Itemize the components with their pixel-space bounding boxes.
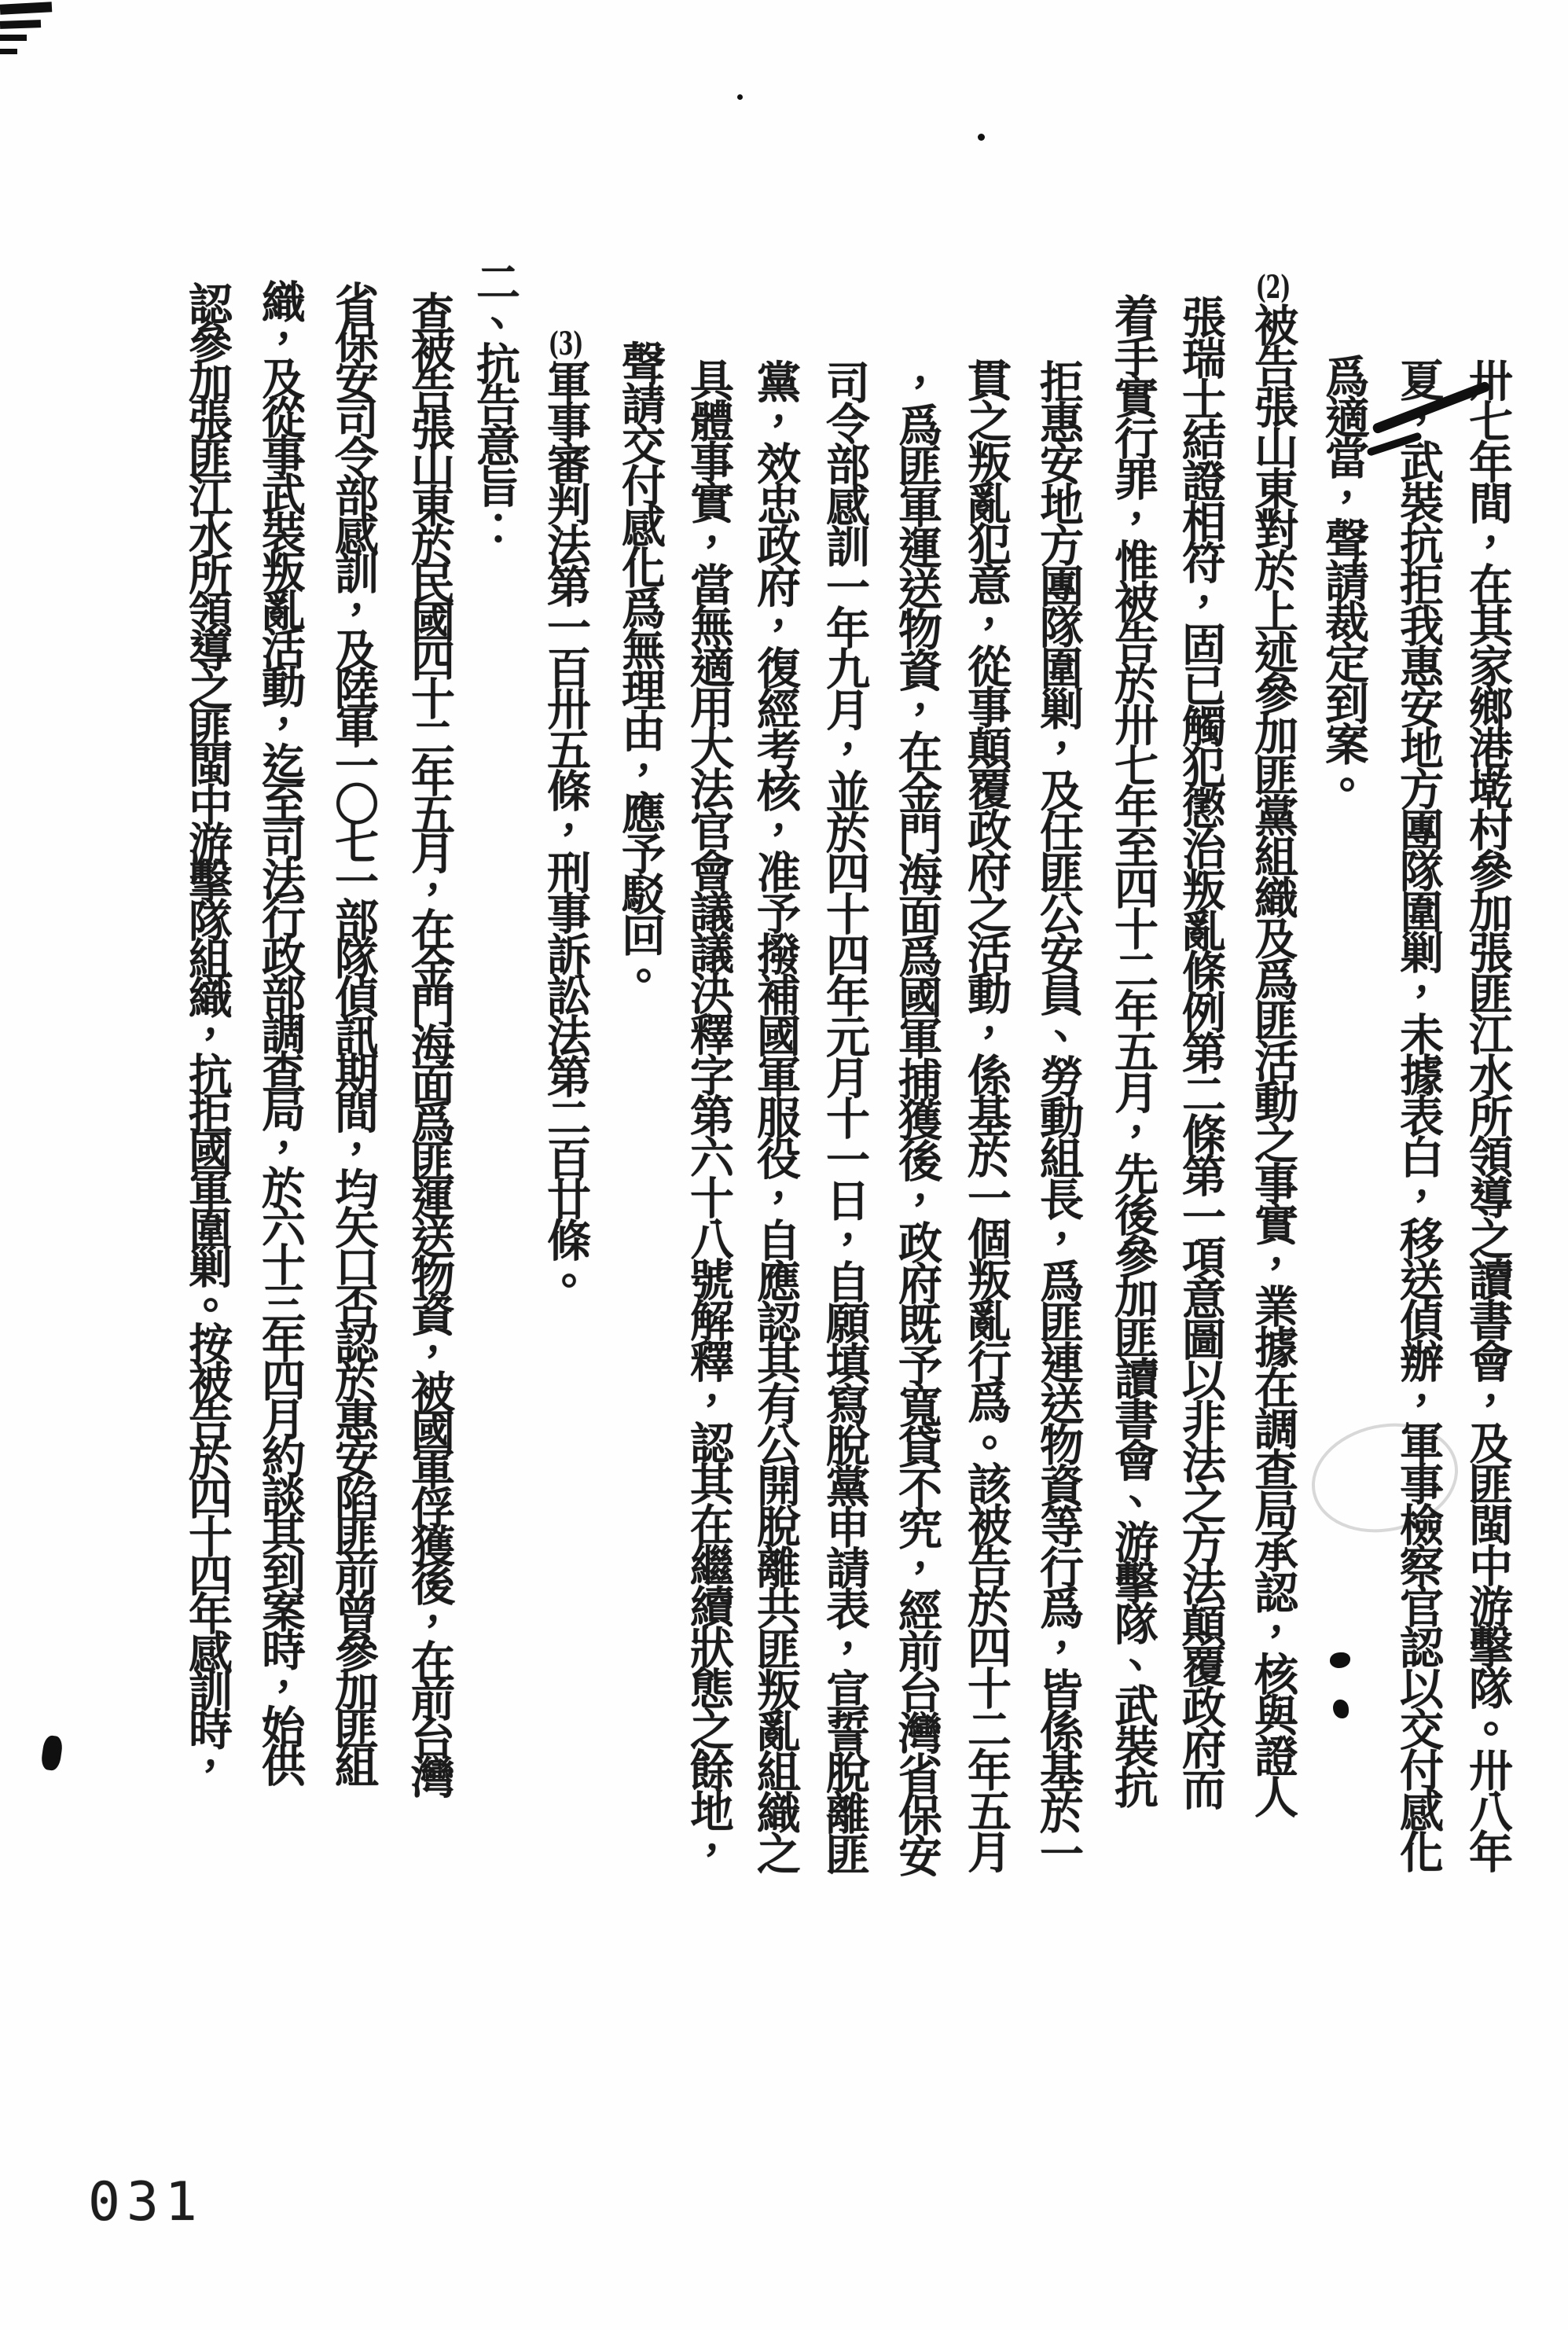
text-column: 具體事實，當無適用大法官會議議決釋字第六十八號解釋，認其在繼續狀態之餘地， <box>687 358 731 1870</box>
text-column: 聲請交付感化爲無理由，應予駁回。 <box>619 340 663 994</box>
page-number: 031 <box>88 2171 204 2233</box>
scan-artifact-corner-mark <box>0 20 41 29</box>
scan-artifact-corner-mark <box>0 35 27 41</box>
item-number-marker: (3) <box>547 328 585 359</box>
item-number-marker: (2) <box>1254 271 1292 303</box>
text-column: 貫之叛亂犯意，從事顛覆政府之活動，係基於一個叛亂行爲。該被告於四十二年五月 <box>964 358 1008 1870</box>
text-column: 認參加張匪江水所領導之匪閩中游擊隊組織，抗拒國軍圍剿。按被告於四十四年感訓時， <box>185 281 230 1784</box>
scanned-document-page: 卅七年間，在其家鄉港墘村參加張匪江水所領導之讀書會，及匪閩中游擊隊。卅八年夏，武… <box>0 0 1568 2330</box>
text-column: (3)軍事審判法第一百卅五條，刑事訴訟法第二百廿條。 <box>544 328 588 1299</box>
text-column: 着手實行罪，惟被告於卅七年至四十二年五月，先後參加匪讀書會、游擊隊、武裝抗 <box>1111 293 1155 1806</box>
text-column: 查被告張山東於民國四十二年五月，在金門海面爲匪運送物資，被國軍俘獲後，在前台灣 <box>408 291 452 1793</box>
text-column: 爲適當，聲請裁定到案。 <box>1322 354 1366 803</box>
text-column: 張瑞士結證相符，固已觸犯懲治叛亂條例第二條第一項意圖以非法之方法顛覆政府而 <box>1179 295 1223 1807</box>
text-column: ，爲匪軍運送物資，在金門海面爲國軍捕獲後，政府既予寬貸不究，經前台灣省保安 <box>895 362 939 1874</box>
text-column: 省保安司令部感訓，及陸軍一〇七一部隊偵訊期間，均矢口否認於惠安陷匪前曾參加匪組 <box>332 281 376 1783</box>
text-layer: 卅七年間，在其家鄉港墘村參加張匪江水所領導之讀書會，及匪閩中游擊隊。卅八年夏，武… <box>0 0 1568 2330</box>
text-column: 織，及從事武裝叛亂活動，迄至司法行政部調查局，於六十三年四月約談其到案時，始供 <box>259 279 303 1781</box>
text-column: 卅七年間，在其家鄉港墘村參加張匪江水所領導之讀書會，及匪閩中游擊隊。卅八年 <box>1466 358 1510 1870</box>
scan-artifact-speck <box>737 94 743 100</box>
scan-artifact-speck <box>978 134 985 141</box>
text-column: 黨，效忠政府，復經考核，准予撥補國軍服役，自應認其有公開脫離共匪叛亂組織之 <box>754 359 798 1872</box>
scan-artifact-corner-mark <box>0 49 17 54</box>
text-column: 夏，武裝抗拒我惠安地方團隊圍剿，未據表白，移送偵辦，軍事檢察官認以交付感化 <box>1397 358 1441 1870</box>
text-column: 拒惠安地方團隊圍剿，及任匪公安員、勞動組長，爲匪連送物資等行爲，皆係基於一 <box>1037 359 1081 1872</box>
text-column: 二、抗告意旨： <box>473 259 517 546</box>
scan-artifact-ink-blob <box>1333 1700 1349 1718</box>
text-column: 司令部感訓一年九月，並於四十四年元月十一日，自願填寫脫黨申請表，宣誓脫離匪 <box>823 360 867 1872</box>
text-column: (2)被告張山東對於上述參加匪黨組織及爲匪活動之事實，業據在調查局承認，核與證人 <box>1251 271 1295 1815</box>
